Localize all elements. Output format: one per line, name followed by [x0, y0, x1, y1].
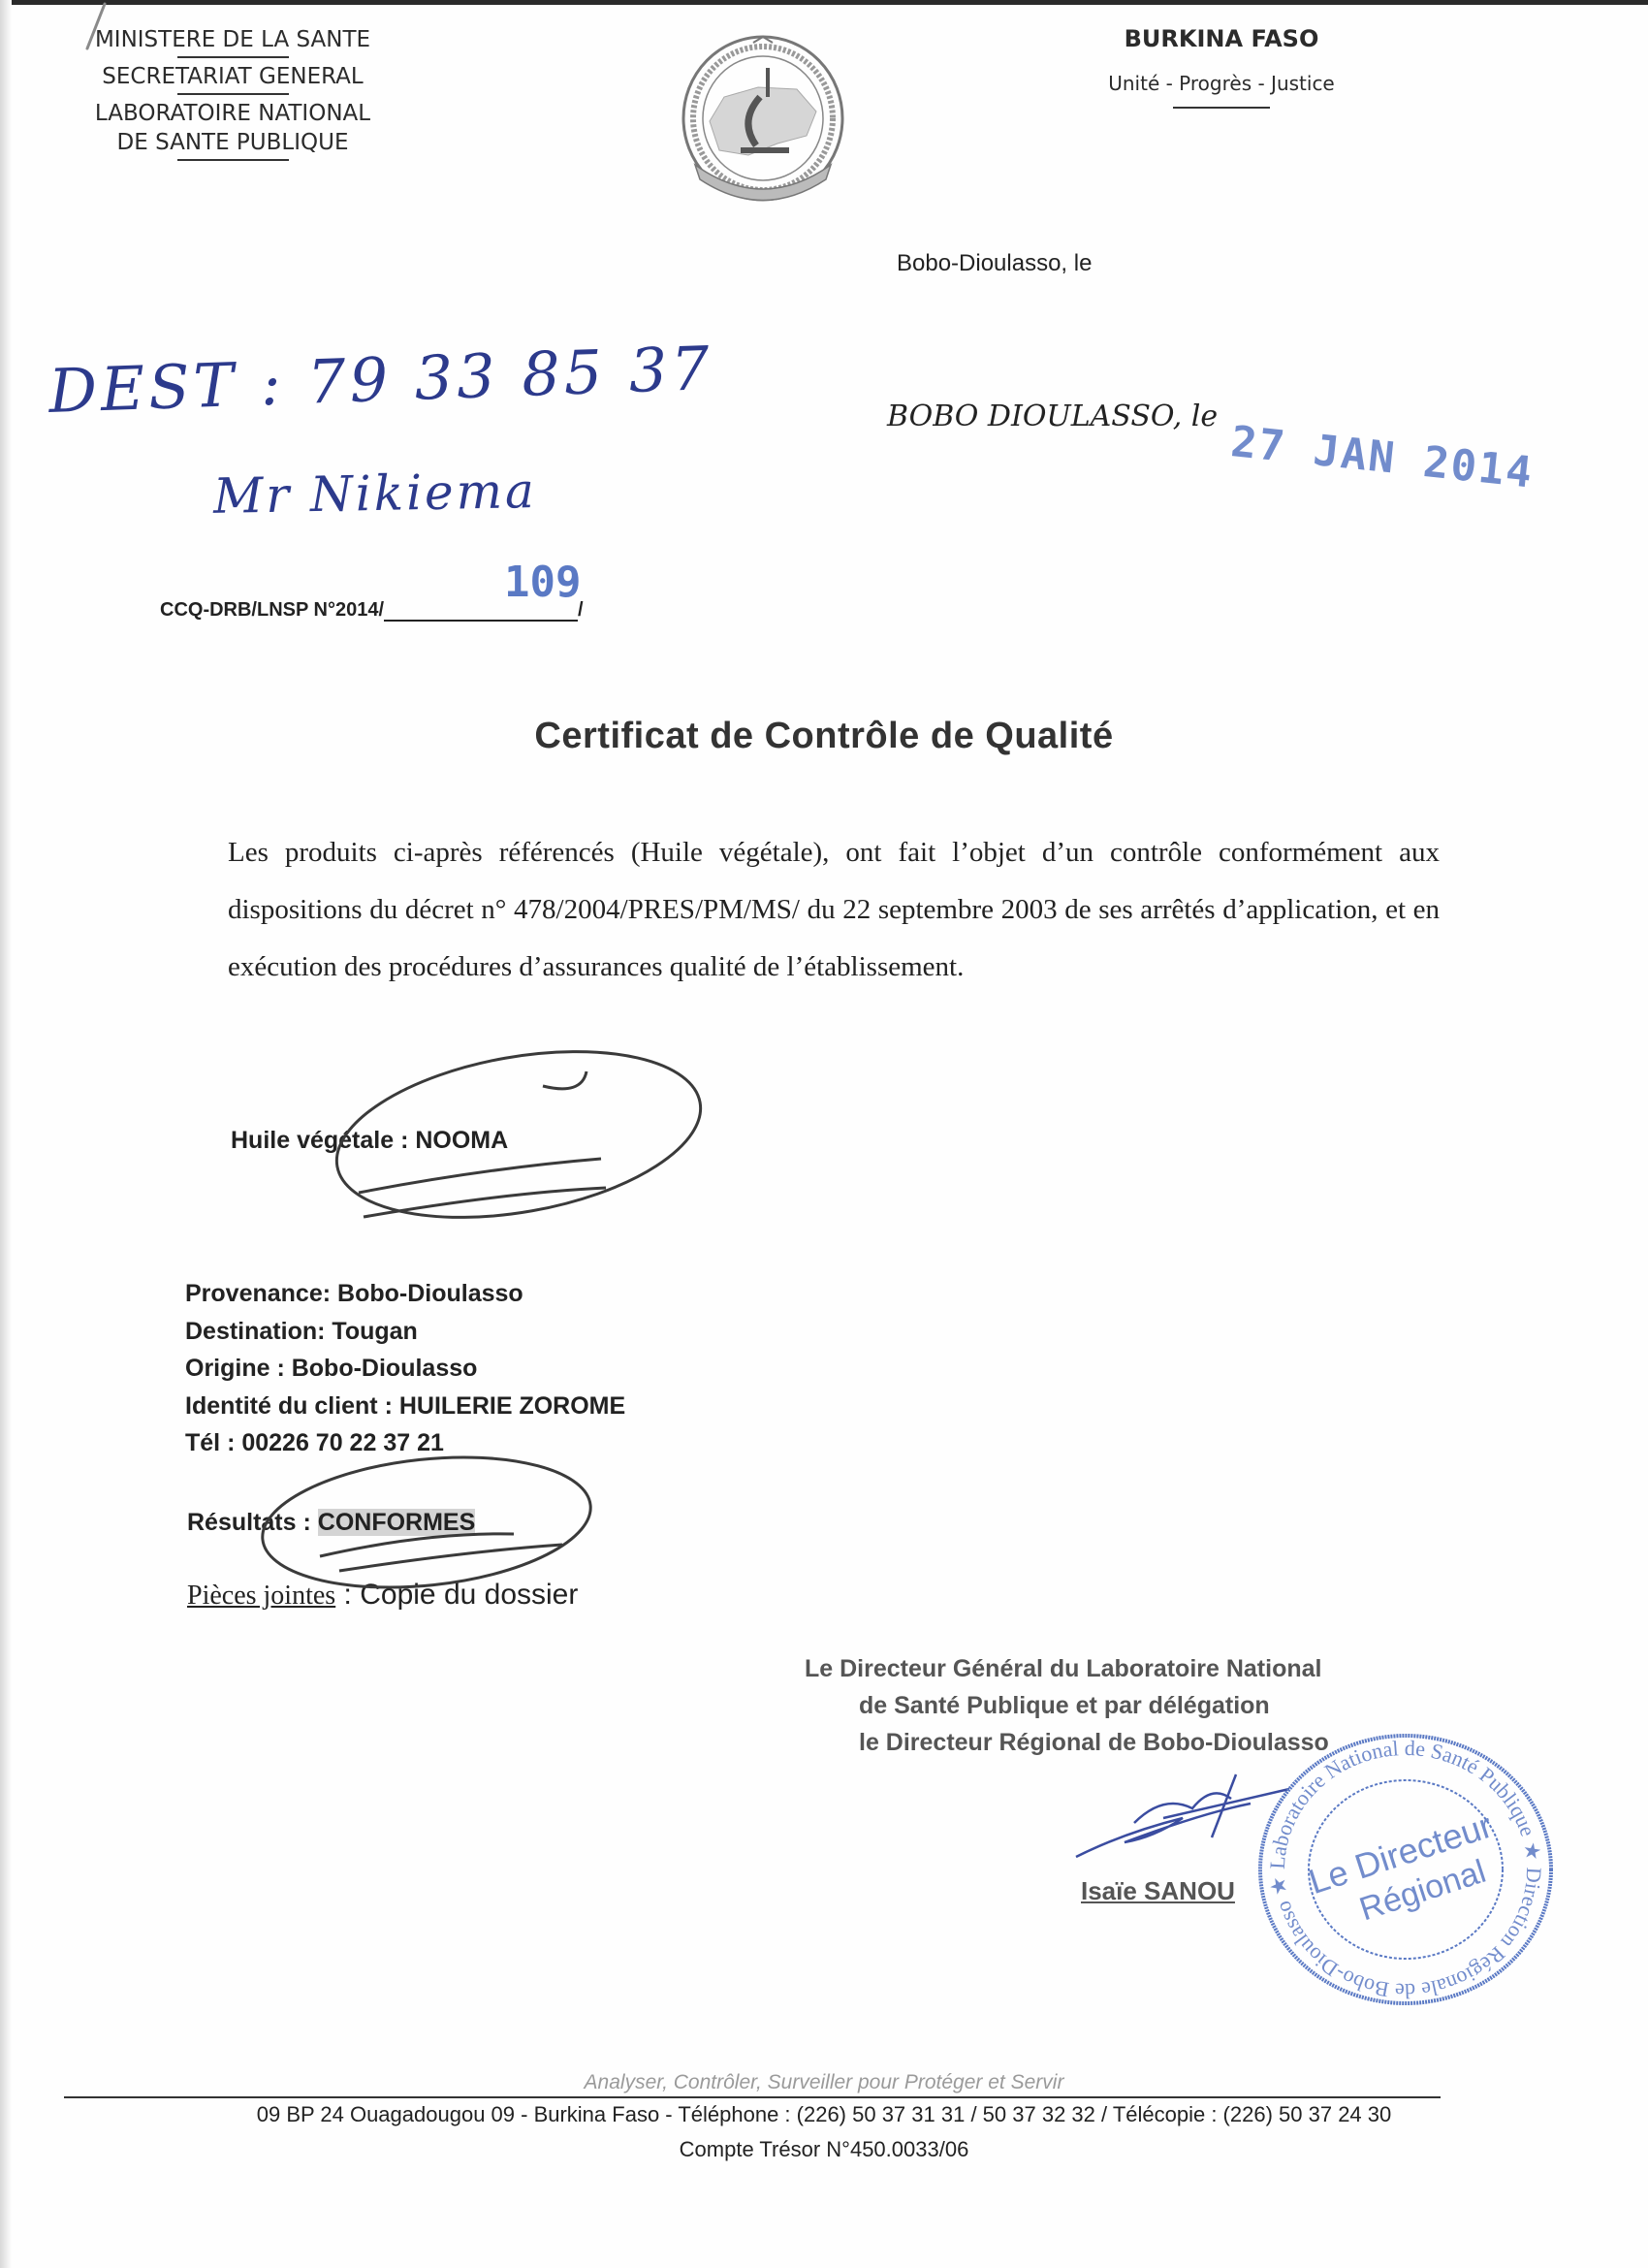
issuer-header: MINISTERE DE LA SANTE SECRETARIAT GENERA… — [68, 25, 397, 165]
dateline-place: BOBO DIOULASSO, le — [887, 399, 1218, 433]
lab-name-line2: DE SANTE PUBLIQUE — [68, 128, 397, 157]
field-label: Identité du client : — [185, 1392, 399, 1420]
divider — [177, 93, 289, 95]
results-value: CONFORMES — [318, 1509, 476, 1536]
scan-left-shadow — [0, 0, 12, 2268]
product-value: NOOMA — [415, 1127, 508, 1154]
printed-place-date: Bobo-Dioulasso, le — [897, 250, 1092, 277]
divider — [1173, 107, 1270, 109]
attachments-label: Pièces jointes — [187, 1581, 335, 1611]
date-stamp: 27 JAN 2014 — [1228, 417, 1536, 497]
field-destination: Destination: Tougan — [185, 1318, 418, 1346]
attachments-field: Pièces jointes : Copie du dossier — [187, 1579, 578, 1612]
product-field: Huile végétale : NOOMA — [231, 1127, 508, 1155]
document-title: Certificat de Contrôle de Qualité — [0, 716, 1648, 757]
field-label: Destination: — [185, 1318, 332, 1345]
field-label: Origine : — [185, 1355, 292, 1382]
field-value: HUILERIE ZOROME — [399, 1392, 625, 1420]
lnsp-emblem-icon — [671, 29, 855, 213]
field-value: Bobo-Dioulasso — [292, 1355, 478, 1382]
signer-name: Isaïe SANOU — [1081, 1876, 1235, 1906]
field-value: Tougan — [332, 1318, 417, 1345]
field-client-identity: Identité du client : HUILERIE ZOROME — [185, 1392, 625, 1421]
field-value: 00226 70 22 37 21 — [241, 1429, 444, 1456]
reference-number-stamp: 109 — [504, 558, 581, 607]
field-value: Bobo-Dioulasso — [337, 1280, 523, 1307]
results-label: Résultats : — [187, 1509, 318, 1536]
attachments-value: Copie du dossier — [360, 1579, 578, 1611]
certificate-body: Les produits ci-après référencés (Huile … — [228, 824, 1440, 996]
field-origine: Origine : Bobo-Dioulasso — [185, 1355, 477, 1383]
certificate-page: MINISTERE DE LA SANTE SECRETARIAT GENERA… — [0, 0, 1648, 2268]
reference-prefix: CCQ-DRB/LNSP N°2014/ — [160, 599, 384, 621]
footer-account: Compte Trésor N°450.0033/06 — [0, 2137, 1648, 2162]
national-motto: Unité - Progrès - Justice — [1105, 70, 1338, 97]
field-label: Tél : — [185, 1429, 241, 1456]
handwritten-destination-phone: DEST : 79 33 85 37 — [48, 333, 714, 427]
signatory-title-line1: Le Directeur Général du Laboratoire Nati… — [795, 1650, 1474, 1687]
handwritten-recipient-name: Mr Nikiema — [213, 463, 538, 525]
footer-address: 09 BP 24 Ouagadougou 09 - Burkina Faso -… — [0, 2102, 1648, 2127]
field-telephone: Tél : 00226 70 22 37 21 — [185, 1429, 444, 1457]
attachments-separator: : — [335, 1579, 360, 1611]
product-label: Huile végétale : — [231, 1127, 415, 1154]
divider — [177, 56, 289, 58]
footer-motto: Analyser, Contrôler, Surveiller pour Pro… — [0, 2071, 1648, 2094]
field-provenance: Provenance: Bobo-Dioulasso — [185, 1280, 523, 1308]
secretariat-name: SECRETARIAT GENERAL — [68, 62, 397, 91]
ministry-name: MINISTERE DE LA SANTE — [68, 25, 397, 54]
divider — [177, 159, 289, 161]
signatory-title-line2: de Santé Publique et par délégation — [795, 1687, 1474, 1724]
official-round-stamp-icon: Laboratoire National de Santé Publique ★… — [1251, 1729, 1561, 2010]
field-label: Provenance: — [185, 1280, 337, 1307]
footer-divider — [64, 2096, 1441, 2098]
scan-top-edge — [0, 0, 1648, 5]
country-header: BURKINA FASO Unité - Progrès - Justice — [1105, 21, 1338, 109]
lab-name-line1: LABORATOIRE NATIONAL — [68, 99, 397, 128]
country-name: BURKINA FASO — [1105, 21, 1338, 56]
results-field: Résultats : CONFORMES — [187, 1509, 475, 1537]
